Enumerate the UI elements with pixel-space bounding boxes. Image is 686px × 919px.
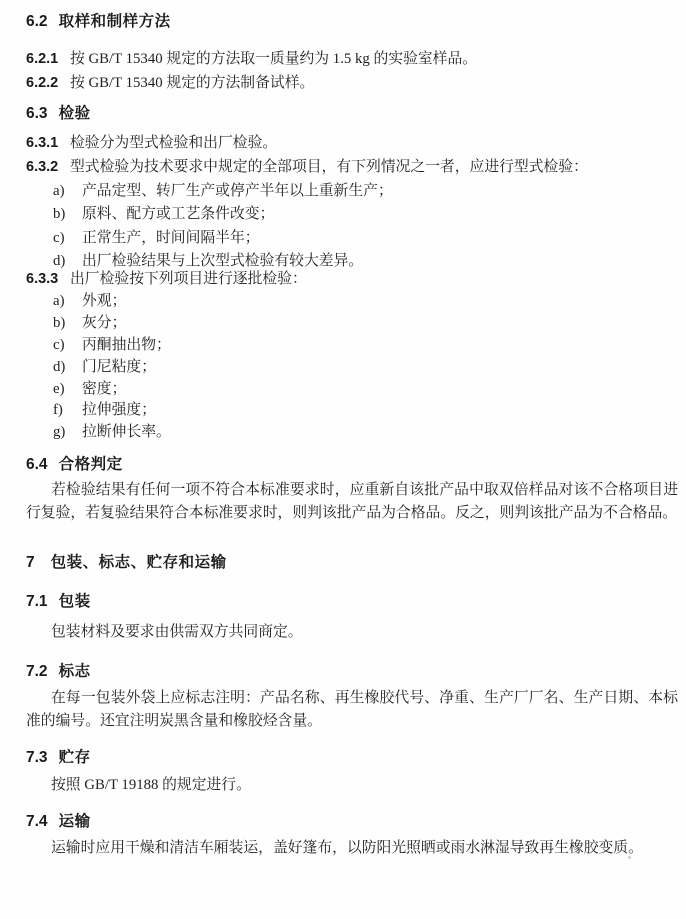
heading-title: 标志 — [59, 659, 91, 681]
list-item-c: c)丙酮抽出物； — [53, 333, 171, 354]
list-item-letter: a) — [53, 183, 82, 200]
clause-number: 6.2.2 — [26, 75, 70, 91]
heading-title: 检验 — [59, 101, 91, 123]
heading-number: 6.2 — [26, 13, 48, 31]
heading-title: 包装、标志、贮存和运输 — [51, 550, 227, 572]
clause-6.2.1: 6.2.1按 GB/T 15340 规定的方法取一质量约为 1.5 kg 的实验… — [26, 47, 477, 68]
section-heading-6.4: 6.4 合格判定 — [26, 452, 123, 474]
list-item-text: 正常生产，时间间隔半年； — [82, 230, 260, 246]
list-item-text: 丙酮抽出物； — [82, 337, 171, 353]
list-item-letter: a) — [53, 293, 82, 310]
clause-text: 出厂检验按下列项目进行逐批检验： — [70, 271, 307, 287]
scan-artifact — [383, 845, 386, 848]
section-heading-7.2: 7.2 标志 — [26, 659, 91, 681]
list-item-g: g)拉断伸长率。 — [53, 420, 171, 441]
section-heading-7.1: 7.1 包装 — [26, 589, 91, 611]
scan-artifact — [628, 856, 631, 859]
list-item-f: f)拉伸强度； — [53, 398, 156, 419]
clause-text: 型式检验为技术要求中规定的全部项目，有下列情况之一者，应进行型式检验： — [70, 159, 588, 175]
list-item-text: 拉伸强度； — [82, 402, 156, 418]
clause-6.3.3: 6.3.3出厂检验按下列项目进行逐批检验： — [26, 267, 307, 288]
section-heading-6.2: 6.2 取样和制样方法 — [26, 9, 171, 31]
list-item-letter: b) — [53, 315, 82, 332]
list-item-letter: c) — [53, 230, 82, 247]
clause-number: 6.2.1 — [26, 51, 70, 67]
heading-number: 6.3 — [26, 105, 48, 123]
paragraph-packaging: 包装材料及要求由供需双方共同商定。 — [26, 621, 678, 644]
clause-text: 按 GB/T 15340 规定的方法制备试样。 — [70, 75, 314, 91]
list-item-letter: c) — [53, 337, 82, 354]
clause-number: 6.3.1 — [26, 135, 70, 151]
paragraph-marking: 在每一包装外袋上应标志注明：产品名称、再生橡胶代号、净重、生产厂厂名、生产日期、… — [26, 687, 678, 733]
list-item-c: c)正常生产，时间间隔半年； — [53, 226, 260, 247]
clause-6.3.1: 6.3.1检验分为型式检验和出厂检验。 — [26, 131, 277, 152]
list-item-a: a)外观； — [53, 289, 126, 310]
list-item-a: a)产品定型、转厂生产或停产半年以上重新生产； — [53, 179, 393, 200]
heading-number: 7.4 — [26, 813, 48, 831]
list-item-d: d)门尼粘度； — [53, 355, 156, 376]
clause-text: 检验分为型式检验和出厂检验。 — [70, 135, 277, 151]
heading-title: 贮存 — [59, 745, 91, 767]
clause-text: 按 GB/T 15340 规定的方法取一质量约为 1.5 kg 的实验室样品。 — [70, 51, 477, 67]
heading-title: 取样和制样方法 — [59, 9, 171, 31]
list-item-text: 拉断伸长率。 — [82, 424, 171, 440]
list-item-text: 原料、配方或工艺条件改变； — [82, 206, 274, 222]
clause-6.2.2: 6.2.2按 GB/T 15340 规定的方法制备试样。 — [26, 71, 314, 92]
list-item-letter: f) — [53, 402, 82, 419]
heading-title: 运输 — [59, 809, 91, 831]
section-heading-7.3: 7.3 贮存 — [26, 745, 91, 767]
heading-number: 7.3 — [26, 749, 48, 767]
list-item-text: 产品定型、转厂生产或停产半年以上重新生产； — [82, 183, 393, 199]
heading-number: 7 — [26, 554, 35, 572]
list-item-letter: e) — [53, 381, 82, 398]
paragraph-transport: 运输时应用干燥和清洁车厢装运，盖好篷布，以防阳光照晒或雨水淋湿导致再生橡胶变质。 — [26, 837, 678, 860]
list-item-text: 门尼粘度； — [82, 359, 156, 375]
section-heading-7.4: 7.4 运输 — [26, 809, 91, 831]
paragraph-storage: 按照 GB/T 19188 的规定进行。 — [26, 774, 678, 797]
list-item-b: b)灰分； — [53, 311, 126, 332]
list-item-text: 灰分； — [82, 315, 126, 331]
clause-number: 6.3.3 — [26, 271, 70, 287]
standard-document-page: 6.2 取样和制样方法 6.2.1按 GB/T 15340 规定的方法取一质量约… — [0, 0, 686, 919]
list-item-letter: d) — [53, 359, 82, 376]
paragraph-conformity: 若检验结果有任何一项不符合本标准要求时，应重新自该批产品中取双倍样品对该不合格项… — [26, 479, 678, 525]
heading-title: 包装 — [59, 589, 91, 611]
list-item-b: b)原料、配方或工艺条件改变； — [53, 202, 274, 223]
clause-6.3.2: 6.3.2型式检验为技术要求中规定的全部项目，有下列情况之一者，应进行型式检验： — [26, 155, 588, 176]
clause-number: 6.3.2 — [26, 159, 70, 175]
heading-title: 合格判定 — [59, 452, 123, 474]
list-item-e: e)密度； — [53, 377, 126, 398]
list-item-letter: g) — [53, 424, 82, 441]
heading-number: 7.2 — [26, 663, 48, 681]
section-heading-6.3: 6.3 检验 — [26, 101, 91, 123]
list-item-letter: b) — [53, 206, 82, 223]
heading-number: 7.1 — [26, 593, 48, 611]
heading-number: 6.4 — [26, 456, 48, 474]
list-item-text: 外观； — [82, 293, 126, 309]
section-heading-7: 7 包装、标志、贮存和运输 — [26, 550, 227, 572]
list-item-text: 密度； — [82, 381, 126, 397]
